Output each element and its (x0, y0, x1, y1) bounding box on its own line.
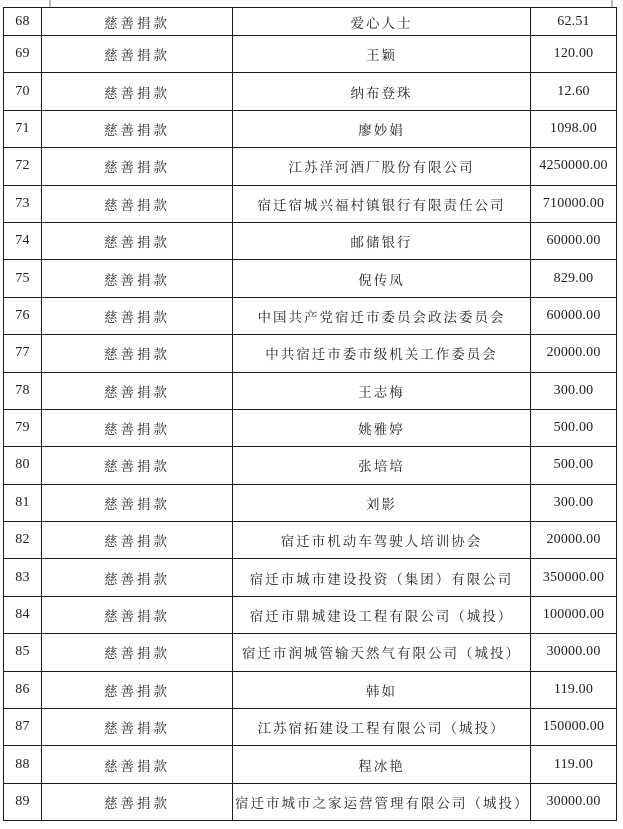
cell-row-number: 72 (4, 148, 42, 185)
cell-row-number: 88 (4, 746, 42, 783)
cell-row-number: 83 (4, 559, 42, 596)
cell-donation-type: 慈善捐款 (42, 260, 233, 297)
table-row: 68 慈善捐款 爱心人士 62.51 (4, 8, 617, 36)
table-row: 83 慈善捐款 宿迁市城市建设投资（集团）有限公司 350000.00 (4, 559, 617, 596)
cell-amount: 500.00 (531, 447, 617, 484)
cell-donor-name: 刘影 (233, 484, 531, 521)
cell-donation-type: 慈善捐款 (42, 671, 233, 708)
cell-row-number: 69 (4, 36, 42, 73)
cell-row-number: 68 (4, 8, 42, 36)
cell-amount: 12.60 (531, 73, 617, 110)
table-row: 82 慈善捐款 宿迁市机动车驾驶人培训协会 20000.00 (4, 522, 617, 559)
cell-row-number: 73 (4, 185, 42, 222)
table-row: 89 慈善捐款 宿迁市城市之家运营管理有限公司（城投） 30000.00 (4, 783, 617, 820)
cell-donor-name: 宿迁市鼎城建设工程有限公司（城投） (233, 596, 531, 633)
cell-donation-type: 慈善捐款 (42, 8, 233, 36)
cell-amount: 60000.00 (531, 297, 617, 334)
cell-row-number: 81 (4, 484, 42, 521)
cell-row-number: 89 (4, 783, 42, 820)
cell-amount: 119.00 (531, 671, 617, 708)
cell-donation-type: 慈善捐款 (42, 522, 233, 559)
cell-row-number: 87 (4, 709, 42, 746)
table-row: 84 慈善捐款 宿迁市鼎城建设工程有限公司（城投） 100000.00 (4, 596, 617, 633)
table-row: 70 慈善捐款 纳布登珠 12.60 (4, 73, 617, 110)
cell-donation-type: 慈善捐款 (42, 36, 233, 73)
cell-row-number: 86 (4, 671, 42, 708)
cell-amount: 60000.00 (531, 222, 617, 259)
cell-amount: 300.00 (531, 484, 617, 521)
cell-donor-name: 张培培 (233, 447, 531, 484)
cell-row-number: 70 (4, 73, 42, 110)
cell-donor-name: 王颖 (233, 36, 531, 73)
table-row: 78 慈善捐款 王志梅 300.00 (4, 372, 617, 409)
cell-donor-name: 王志梅 (233, 372, 531, 409)
cell-amount: 30000.00 (531, 634, 617, 671)
table-row: 88 慈善捐款 程冰艳 119.00 (4, 746, 617, 783)
cell-donation-type: 慈善捐款 (42, 148, 233, 185)
cell-donation-type: 慈善捐款 (42, 746, 233, 783)
clipped-previous-row-border-left (49, 0, 51, 7)
cell-donation-type: 慈善捐款 (42, 372, 233, 409)
cell-donor-name: 宿迁市城市建设投资（集团）有限公司 (233, 559, 531, 596)
table-row: 87 慈善捐款 江苏宿拓建设工程有限公司（城投） 150000.00 (4, 709, 617, 746)
table-row: 72 慈善捐款 江苏洋河酒厂股份有限公司 4250000.00 (4, 148, 617, 185)
cell-donor-name: 姚雅婷 (233, 409, 531, 446)
cell-amount: 20000.00 (531, 335, 617, 372)
cell-donor-name: 宿迁市润城管输天然气有限公司（城投） (233, 634, 531, 671)
cell-amount: 100000.00 (531, 596, 617, 633)
cell-donation-type: 慈善捐款 (42, 185, 233, 222)
cell-row-number: 76 (4, 297, 42, 334)
cell-amount: 350000.00 (531, 559, 617, 596)
cell-donation-type: 慈善捐款 (42, 634, 233, 671)
table-row: 74 慈善捐款 邮储银行 60000.00 (4, 222, 617, 259)
cell-row-number: 80 (4, 447, 42, 484)
cell-donation-type: 慈善捐款 (42, 110, 233, 147)
cell-amount: 119.00 (531, 746, 617, 783)
cell-amount: 300.00 (531, 372, 617, 409)
table-row: 77 慈善捐款 中共宿迁市委市级机关工作委员会 20000.00 (4, 335, 617, 372)
cell-donor-name: 纳布登珠 (233, 73, 531, 110)
table-row: 69 慈善捐款 王颖 120.00 (4, 36, 617, 73)
cell-amount: 500.00 (531, 409, 617, 446)
cell-donation-type: 慈善捐款 (42, 222, 233, 259)
cell-amount: 1098.00 (531, 110, 617, 147)
table-row: 81 慈善捐款 刘影 300.00 (4, 484, 617, 521)
document-page: 68 慈善捐款 爱心人士 62.51 69 慈善捐款 王颖 120.00 70 … (0, 0, 623, 829)
donation-table: 68 慈善捐款 爱心人士 62.51 69 慈善捐款 王颖 120.00 70 … (3, 7, 617, 821)
cell-row-number: 71 (4, 110, 42, 147)
cell-row-number: 82 (4, 522, 42, 559)
cell-row-number: 74 (4, 222, 42, 259)
table-row: 76 慈善捐款 中国共产党宿迁市委员会政法委员会 60000.00 (4, 297, 617, 334)
cell-row-number: 84 (4, 596, 42, 633)
table-row: 79 慈善捐款 姚雅婷 500.00 (4, 409, 617, 446)
table-row: 71 慈善捐款 廖妙娟 1098.00 (4, 110, 617, 147)
cell-donor-name: 中共宿迁市委市级机关工作委员会 (233, 335, 531, 372)
cell-amount: 710000.00 (531, 185, 617, 222)
table-row: 80 慈善捐款 张培培 500.00 (4, 447, 617, 484)
cell-donation-type: 慈善捐款 (42, 484, 233, 521)
cell-donation-type: 慈善捐款 (42, 297, 233, 334)
cell-donation-type: 慈善捐款 (42, 783, 233, 820)
cell-donor-name: 爱心人士 (233, 8, 531, 36)
cell-donation-type: 慈善捐款 (42, 596, 233, 633)
table-row: 73 慈善捐款 宿迁宿城兴福村镇银行有限责任公司 710000.00 (4, 185, 617, 222)
table-row: 75 慈善捐款 倪传凤 829.00 (4, 260, 617, 297)
cell-donor-name: 江苏洋河酒厂股份有限公司 (233, 148, 531, 185)
cell-row-number: 79 (4, 409, 42, 446)
cell-donation-type: 慈善捐款 (42, 709, 233, 746)
cell-donation-type: 慈善捐款 (42, 73, 233, 110)
cell-row-number: 78 (4, 372, 42, 409)
table-row: 86 慈善捐款 韩如 119.00 (4, 671, 617, 708)
cell-row-number: 75 (4, 260, 42, 297)
cell-donor-name: 宿迁市城市之家运营管理有限公司（城投） (233, 783, 531, 820)
clipped-previous-row-border-right (611, 0, 613, 7)
cell-donor-name: 程冰艳 (233, 746, 531, 783)
cell-donor-name: 宿迁市机动车驾驶人培训协会 (233, 522, 531, 559)
cell-donor-name: 韩如 (233, 671, 531, 708)
cell-amount: 120.00 (531, 36, 617, 73)
donation-table-body: 68 慈善捐款 爱心人士 62.51 69 慈善捐款 王颖 120.00 70 … (4, 8, 617, 821)
cell-donation-type: 慈善捐款 (42, 335, 233, 372)
cell-amount: 30000.00 (531, 783, 617, 820)
cell-amount: 20000.00 (531, 522, 617, 559)
cell-donation-type: 慈善捐款 (42, 409, 233, 446)
cell-donor-name: 宿迁宿城兴福村镇银行有限责任公司 (233, 185, 531, 222)
cell-donor-name: 中国共产党宿迁市委员会政法委员会 (233, 297, 531, 334)
table-row: 85 慈善捐款 宿迁市润城管输天然气有限公司（城投） 30000.00 (4, 634, 617, 671)
cell-amount: 62.51 (531, 8, 617, 36)
cell-amount: 829.00 (531, 260, 617, 297)
cell-row-number: 85 (4, 634, 42, 671)
cell-donation-type: 慈善捐款 (42, 447, 233, 484)
cell-donor-name: 廖妙娟 (233, 110, 531, 147)
cell-donor-name: 江苏宿拓建设工程有限公司（城投） (233, 709, 531, 746)
cell-amount: 150000.00 (531, 709, 617, 746)
cell-donor-name: 倪传凤 (233, 260, 531, 297)
cell-row-number: 77 (4, 335, 42, 372)
cell-donation-type: 慈善捐款 (42, 559, 233, 596)
cell-amount: 4250000.00 (531, 148, 617, 185)
cell-donor-name: 邮储银行 (233, 222, 531, 259)
